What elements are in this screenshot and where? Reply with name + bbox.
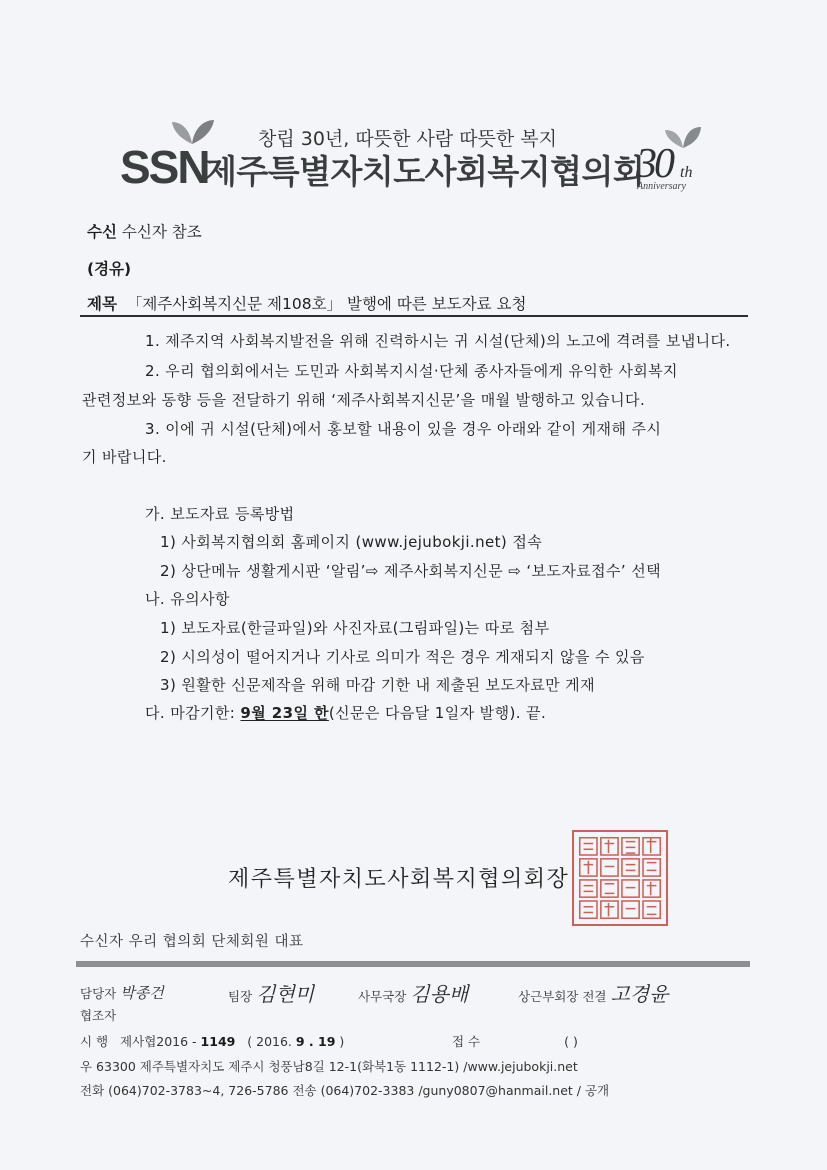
approval-vice-chair: 상근부회장 전결 고경윤 (518, 978, 668, 1007)
address-line: 우 63300 제주특별자치도 제주시 청풍남8길 12-1(화북1동 1112… (80, 1057, 578, 1075)
doc-number-prefix: 제사협2016 - (120, 1034, 201, 1049)
enforcement-date-suffix: ) (335, 1034, 344, 1049)
section-na-heading: 나. 유의사항 (145, 588, 230, 609)
deadline-prefix: 다. 마감기한: (145, 704, 240, 722)
subject-label: 제목 (87, 295, 117, 313)
receipt-label: 접 수 (452, 1034, 480, 1049)
official-seal (572, 830, 668, 926)
approval-role: 사무국장 (358, 989, 406, 1004)
cooperator-label: 협조자 (80, 1006, 116, 1024)
enforcement-date-prefix: ( 2016. (247, 1034, 296, 1049)
paragraph-1: 1. 제주지역 사회복지발전을 위해 진력하시는 귀 시설(단체)의 노고에 격… (145, 330, 731, 351)
ga-item-1: 1) 사회복지협의회 홈페이지 (www.jejubokji.net) 접속 (160, 531, 542, 552)
chairman-title: 제주특별자치도사회복지협의회장 (228, 862, 569, 893)
paragraph-2-line-2: 관련정보와 동향 등을 전달하기 위해 ‘제주사회복지신문’을 매월 발행하고 … (82, 389, 645, 410)
receipt-line: 접 수 ( ) (452, 1032, 578, 1050)
recipients-line: 수신자 우리 협의회 단체회원 대표 (80, 930, 304, 951)
anniversary-label: Anniversary (637, 181, 686, 192)
anniversary-suffix: th (680, 164, 692, 182)
paragraph-3-line-2: 기 바랍니다. (82, 446, 167, 467)
approval-signature: 김용배 (410, 982, 468, 1006)
deadline-date: 9월 23일 한 (240, 704, 328, 722)
ssn-logo: SSN (120, 140, 209, 194)
na-item-1: 1) 보도자료(한글파일)와 사진자료(그림파일)는 따로 첨부 (160, 617, 549, 638)
approval-role: 담당자 (80, 986, 116, 1001)
na-item-2: 2) 시의성이 떨어지거나 기사로 의미가 적은 경우 게재되지 않을 수 있음 (160, 646, 645, 667)
na-item-3: 3) 원활한 신문제작을 위해 마감 기한 내 제출된 보도자료만 게재 (160, 674, 595, 695)
receipt-value: ( ) (564, 1034, 578, 1049)
enforcement-date: 9 . 19 (296, 1034, 336, 1049)
contact-line: 전화 (064)702-3783~4, 726-5786 전송 (064)702… (80, 1081, 609, 1099)
subject-line: 제목 「제주사회복지신문 제108호」 발행에 따른 보도자료 요청 (87, 292, 526, 314)
approval-role: 상근부회장 전결 (518, 989, 607, 1004)
deadline-suffix: (신문은 다음달 1일자 발행). 끝. (329, 704, 546, 722)
via-label: (경유) (87, 260, 131, 278)
approval-signature: 박종건 (120, 984, 163, 1002)
paragraph-2-line-1: 2. 우리 협의회에서는 도민과 사회복지시설·단체 종사자들에게 유익한 사회… (145, 360, 678, 381)
enforcement-line: 시 행 제사협2016 - 1149 ( 2016. 9 . 19 ) (80, 1032, 344, 1050)
section-da-line: 다. 마감기한: 9월 23일 한(신문은 다음달 1일자 발행). 끝. (145, 702, 546, 723)
subject-divider (80, 315, 748, 317)
recipient-line: 수신 수신자 참조 (87, 220, 202, 242)
org-title: 제주특별자치도사회복지협의회 (205, 146, 644, 193)
enforcement-label: 시 행 (80, 1034, 108, 1049)
doc-number: 1149 (201, 1034, 236, 1049)
recipient-label: 수신 (87, 223, 117, 241)
approval-team-lead: 팀장 김현미 (228, 978, 314, 1007)
approval-role: 팀장 (228, 989, 252, 1004)
subject-value: 「제주사회복지신문 제108호」 발행에 따른 보도자료 요청 (127, 295, 527, 313)
seal-glyphs-icon (574, 832, 666, 924)
approval-secretary-general: 사무국장 김용배 (358, 978, 468, 1007)
ga-item-2: 2) 상단메뉴 생활게시판 ‘알림’⇨ 제주사회복지신문 ⇨ ‘보도자료접수’ … (160, 560, 661, 581)
recipient-value: 수신자 참조 (122, 223, 202, 241)
approval-signature: 김현미 (256, 982, 314, 1006)
via-line: (경유) (87, 257, 131, 279)
paragraph-3-line-1: 3. 이에 귀 시설(단체)에서 홍보할 내용이 있을 경우 아래와 같이 게재… (145, 418, 661, 439)
approval-staff: 담당자 박종건 (80, 982, 164, 1003)
footer-divider (76, 961, 750, 967)
section-ga-heading: 가. 보도자료 등록방법 (145, 503, 295, 524)
approval-signature: 고경윤 (610, 982, 668, 1006)
